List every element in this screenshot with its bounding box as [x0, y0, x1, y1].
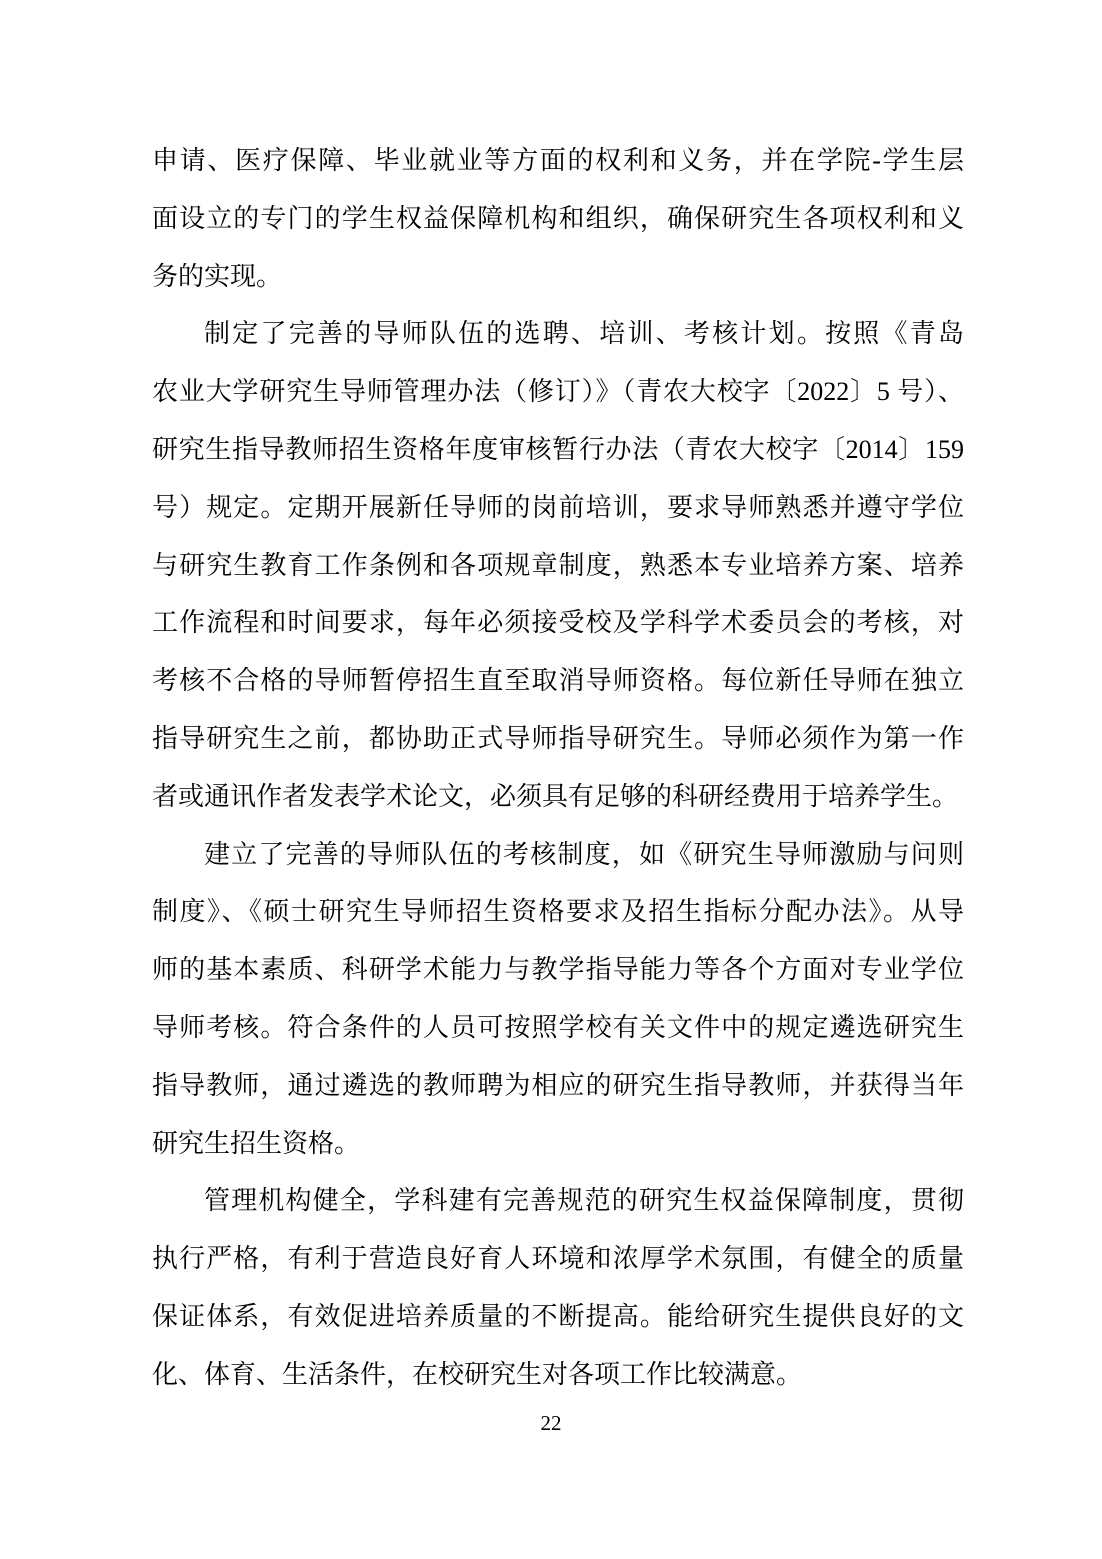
paragraph: 制定了完善的导师队伍的选聘、培训、考核计划。按照《青岛农业大学研究生导师管理办法… [152, 305, 964, 825]
text-line: 化、体育、生活条件，在校研究生对各项工作比较满意。 [152, 1346, 964, 1404]
text-line: 与研究生教育工作条例和各项规章制度，熟悉本专业培养方案、培养 [152, 537, 964, 595]
text-line: 执行严格，有利于营造良好育人环境和浓厚学术氛围，有健全的质量 [152, 1230, 964, 1288]
document-body: 申请、医疗保障、毕业就业等方面的权利和义务，并在学院-学生层面设立的专门的学生权… [152, 132, 964, 1404]
text-line: 管理机构健全，学科建有完善规范的研究生权益保障制度，贯彻 [152, 1172, 964, 1230]
text-line: 者或通讯作者发表学术论文，必须具有足够的科研经费用于培养学生。 [152, 768, 964, 826]
text-line: 申请、医疗保障、毕业就业等方面的权利和义务，并在学院-学生层 [152, 132, 964, 190]
text-line: 研究生招生资格。 [152, 1115, 964, 1173]
text-line: 指导教师，通过遴选的教师聘为相应的研究生指导教师，并获得当年 [152, 1057, 964, 1115]
text-line: 号）规定。定期开展新任导师的岗前培训，要求导师熟悉并遵守学位 [152, 479, 964, 537]
text-line: 务的实现。 [152, 248, 964, 306]
text-line: 保证体系，有效促进培养质量的不断提高。能给研究生提供良好的文 [152, 1288, 964, 1346]
text-line: 面设立的专门的学生权益保障机构和组织，确保研究生各项权利和义 [152, 190, 964, 248]
paragraph: 管理机构健全，学科建有完善规范的研究生权益保障制度，贯彻执行严格，有利于营造良好… [152, 1172, 964, 1403]
paragraph: 建立了完善的导师队伍的考核制度，如《研究生导师激励与问则制度》、《硕士研究生导师… [152, 826, 964, 1173]
text-line: 建立了完善的导师队伍的考核制度，如《研究生导师激励与问则 [152, 826, 964, 884]
paragraph: 申请、医疗保障、毕业就业等方面的权利和义务，并在学院-学生层面设立的专门的学生权… [152, 132, 964, 305]
text-line: 考核不合格的导师暂停招生直至取消导师资格。每位新任导师在独立 [152, 652, 964, 710]
text-line: 师的基本素质、科研学术能力与教学指导能力等各个方面对专业学位 [152, 941, 964, 999]
text-line: 农业大学研究生导师管理办法（修订）》（青农大校字〔2022〕5 号）、 [152, 363, 964, 421]
text-line: 研究生指导教师招生资格年度审核暂行办法（青农大校字〔2014〕159 [152, 421, 964, 479]
text-line: 制度》、《硕士研究生导师招生资格要求及招生指标分配办法》。从导 [152, 883, 964, 941]
document-page: 申请、医疗保障、毕业就业等方面的权利和义务，并在学院-学生层面设立的专门的学生权… [0, 0, 1102, 1559]
text-line: 工作流程和时间要求，每年必须接受校及学科学术委员会的考核，对 [152, 594, 964, 652]
text-line: 导师考核。符合条件的人员可按照学校有关文件中的规定遴选研究生 [152, 999, 964, 1057]
text-line: 指导研究生之前，都协助正式导师指导研究生。导师必须作为第一作 [152, 710, 964, 768]
text-line: 制定了完善的导师队伍的选聘、培训、考核计划。按照《青岛 [152, 305, 964, 363]
page-number: 22 [0, 1410, 1102, 1436]
